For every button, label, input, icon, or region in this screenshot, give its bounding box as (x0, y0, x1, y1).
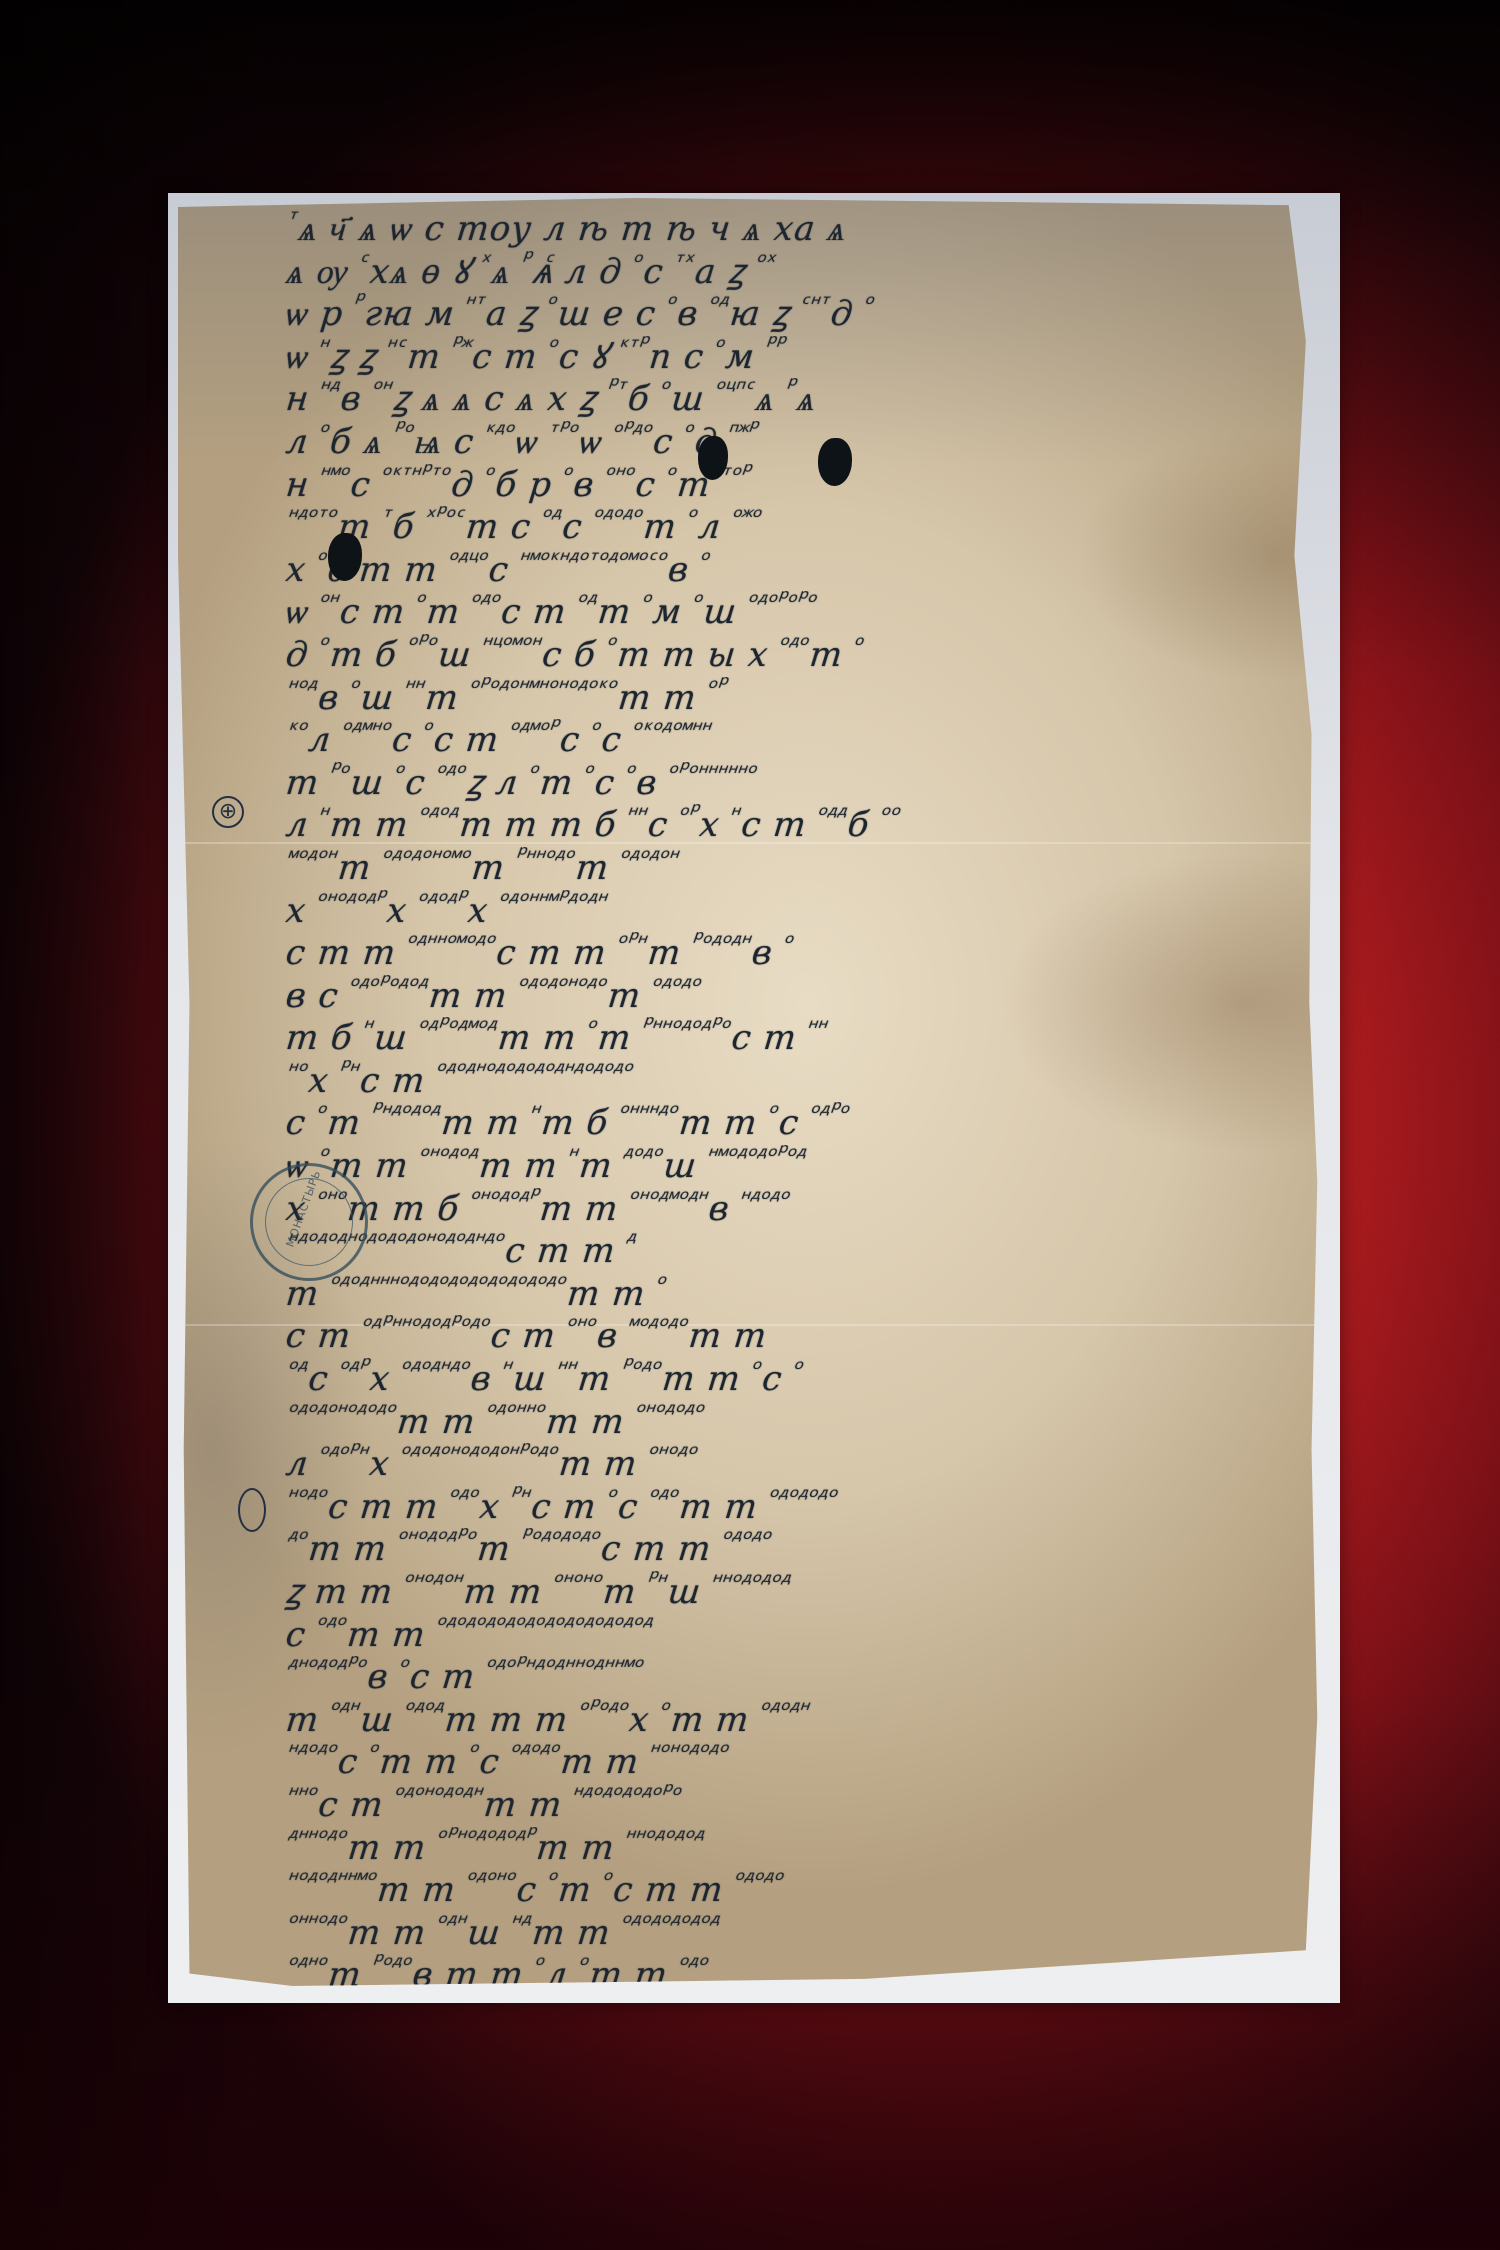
manuscript-line: т ⷪ ⷣ ⷪ ⷣ ⷩ ⷩ ⷩ ⷪ ⷣ ⷪ ⷣ ⷪ ⷣ ⷪ ⷣ ⷪ ⷣ ⷪ ⷣ … (284, 1273, 1303, 1316)
manuscript-page: ⷮ ѧ ч҃ ѧ ѡ с тоу л ѣ т ѣ ч ѧ ха ѧѧ ѹ ⷭ х… (178, 198, 1323, 1986)
manuscript-line: л ⷩ т т ⷪ ⷣ ⷪ ⷣ т т т б ⷩ ⷩ с ⷪ ⷬ х ⷩ с … (284, 804, 1303, 847)
margin-oval-icon (238, 1488, 266, 1532)
manuscript-line: ⷪ ⷣ ⷪ ⷣ ⷪ ⷩ ⷪ ⷣ ⷪ ⷣ ⷪ т т ⷪ ⷣ ⷪ ⷩ ⷩ ⷪ т … (284, 1401, 1303, 1444)
circular-stamp: МОНАСТЫРЬ (250, 1163, 368, 1281)
manuscript-line: ⷩ ⷪ х ⷬ ⷩ с т ⷪ ⷣ ⷪ ⷣ ⷩ ⷪ ⷣ ⷪ ⷣ ⷪ ⷣ ⷪ ⷣ … (284, 1060, 1303, 1103)
manuscript-line: н ⷩ ⷨ ⷪ с ⷪ ⷦ ⷮ ⷩ ⷬ ⷮ ⷪ д ⷪ б р ⷪ в ⷪ ⷩ … (284, 464, 1303, 507)
manuscript-line: д ⷪ т б ⷪ ⷬ ⷪ ш ⷩ ⷰ ⷪ ⷨ ⷪ ⷩ с б ⷪ т т ы … (284, 634, 1303, 677)
manuscript-line: ѡ ⷪ т т ⷪ ⷩ ⷪ ⷣ ⷪ ⷣ т т ⷩ т ⷣ ⷪ ⷣ ⷪ ш ⷩ … (284, 1145, 1303, 1188)
manuscript-line: ⷦ ⷪ л ⷪ ⷣ ⷨ ⷩ ⷪ с ⷪ с т ⷪ ⷣ ⷨ ⷪ ⷬ с ⷪ с … (284, 719, 1303, 762)
manuscript-line: т ⷪ ⷣ ⷩ ш ⷪ ⷣ ⷪ ⷣ т т т ⷪ ⷬ ⷪ ⷣ ⷪ х ⷪ т … (284, 1699, 1303, 1742)
manuscript-line: ѡ ⷩ ꙁ ꙁ ⷩ ⷭ т ⷬ ⷤ с т ⷪ с ꙋ ⷦ ⷮ ⷬ п с ⷪ … (284, 336, 1303, 379)
manuscript-line: ⷮ ѧ ч҃ ѧ ѡ с тоу л ѣ т ѣ ч ѧ ха ѧ (284, 208, 1303, 251)
manuscript-line: х ⷪ ѳ т т ⷪ ⷣ ⷰ ⷪ с ⷩ ⷨ ⷪ ⷦ ⷩ ⷣ ⷪ ⷮ ⷪ ⷣ … (284, 549, 1303, 592)
manuscript-line: ⷩ ⷪ ⷣ в ⷪ ш ⷩ ⷩ т ⷪ ⷬ ⷪ ⷣ ⷪ ⷩ ⷨ ⷩ ⷪ ⷩ ⷪ … (284, 677, 1303, 720)
manuscript-line: ꙁ т т ⷪ ⷩ ⷪ ⷣ ⷪ ⷩ т т ⷪ ⷩ ⷪ ⷩ ⷪ т ⷬ ⷩ ш … (284, 1571, 1303, 1614)
manuscript-line: с ⷪ ⷣ ⷪ т т ⷪ ⷣ ⷪ ⷣ ⷪ ⷣ ⷪ ⷣ ⷪ ⷣ ⷪ ⷣ ⷪ ⷣ … (284, 1614, 1303, 1657)
manuscript-line: ⷩ ⷣ ⷪ ⷣ ⷪ с ⷪ т т ⷪ с ⷪ ⷣ ⷪ ⷣ ⷪ т т ⷩ ⷪ … (284, 1741, 1303, 1784)
manuscript-line: т ⷬ ⷪ ш ⷪ с ⷪ ⷣ ⷪ ꙁ л ⷪ т ⷪ с ⷪ в ⷪ ⷬ ⷪ … (284, 762, 1303, 805)
manuscript-text: ⷮ ѧ ч҃ ѧ ѡ с тоу л ѣ т ѣ ч ѧ ха ѧѧ ѹ ⷭ х… (286, 208, 1301, 1997)
manuscript-line: ѡ р ⷬ гꙗ м ⷩ ⷮ а ꙁ ⷪ ш е с ⷪ в ⷪ ⷣ ꙗ ꙁ ⷭ… (284, 293, 1303, 336)
manuscript-line: х ⷪ ⷩ ⷪ ⷣ ⷪ ⷣ ⷬ х ⷪ ⷣ ⷪ ⷣ ⷬ х ⷪ ⷣ ⷪ ⷩ ⷩ … (284, 890, 1303, 933)
manuscript-line: с ⷪ т ⷬ ⷩ ⷣ ⷪ ⷣ ⷪ ⷣ т т ⷩ т б ⷪ ⷩ ⷩ ⷩ ⷣ … (284, 1102, 1303, 1145)
manuscript-line: ѧ ѹ ⷭ хѧ ѳ ꙋ ⷯ ѧ ⷬ ѧⷭ л д ⷪ с ⷮ ⷯ а ꙁ ⷪ … (284, 251, 1303, 294)
manuscript-line: ⷣ ⷩ ⷩ ⷪ ⷣ ⷪ т т ⷪ ⷬ ⷩ ⷪ ⷣ ⷪ ⷣ ⷪ ⷣ ⷬ т т … (284, 1827, 1303, 1870)
manuscript-line: с т ⷪ ⷣ ⷬ ⷩ ⷩ ⷪ ⷣ ⷪ ⷣ ⷬ ⷪ ⷣ ⷪ с т ⷪ ⷩ ⷪ … (284, 1315, 1303, 1358)
manuscript-line: л ⷪ ⷣ ⷪ ⷬ ⷩ х ⷪ ⷣ ⷪ ⷣ ⷪ ⷩ ⷪ ⷣ ⷪ ⷣ ⷪ ⷩ ⷬ … (284, 1443, 1303, 1486)
manuscript-line: ⷨ ⷪ ⷣ ⷪ ⷩ т ⷪ ⷣ ⷪ ⷣ ⷪ ⷩ ⷪ ⷨ ⷪ т ⷬ ⷩ ⷩ ⷪ … (284, 847, 1303, 890)
manuscript-line: л ⷪ б ѧ ⷬ ⷪ ѩ с ⷦ ⷣ ⷪ ѡ ⷮ ⷬ ⷪ ѡ ⷪ ⷬ ⷣ ⷪ … (284, 421, 1303, 464)
manuscript-line: ⷪ ⷣ с ⷪ ⷣ ⷬ х ⷪ ⷣ ⷪ ⷣ ⷩ ⷣ ⷪ в ⷩ ш ⷩ ⷩ т … (284, 1358, 1303, 1401)
stamp-text: МОНАСТЫРЬ (284, 1168, 324, 1249)
manuscript-line: ⷣ ⷪ т т ⷪ ⷩ ⷪ ⷣ ⷪ ⷣ ⷬ ⷪ т ⷬ ⷪ ⷣ ⷪ ⷣ ⷪ ⷣ … (284, 1528, 1303, 1571)
manuscript-line: ⷪ ⷩ ⷩ ⷪ ⷣ ⷪ т т ⷪ ⷣ ⷩ ш ⷩ ⷣ т т ⷪ ⷣ ⷪ ⷣ … (284, 1912, 1303, 1955)
manuscript-line: ⷩ ⷪ ⷣ ⷪ ⷣ ⷩ ⷩ ⷨ ⷪ т т ⷪ ⷣ ⷪ ⷩ ⷪ с ⷪ т ⷪ … (284, 1869, 1303, 1912)
manuscript-line: в с ⷪ ⷣ ⷪ ⷬ ⷪ ⷣ ⷪ ⷣ т т ⷪ ⷣ ⷪ ⷣ ⷪ ⷩ ⷪ ⷣ … (284, 975, 1303, 1018)
manuscript-line: ѡ ⷪ ⷩ с т ⷪ т ⷪ ⷣ ⷪ с т ⷪ ⷣ т ⷪ м ⷪ ш ⷪ … (284, 591, 1303, 634)
manuscript-line: с т т ⷪ ⷣ ⷩ ⷩ ⷪ ⷨ ⷪ ⷣ ⷪ с т т ⷪ ⷬ ⷩ т ⷬ … (284, 932, 1303, 975)
manuscript-line: х ⷪ ⷩ ⷪ т т б ⷪ ⷩ ⷪ ⷣ ⷪ ⷣ ⷬ т т ⷪ ⷩ ⷪ ⷣ … (284, 1188, 1303, 1231)
manuscript-line: ⷣ ⷩ ⷪ ⷣ ⷪ ⷣ ⷬ ⷪ в ⷪ с т ⷪ ⷣ ⷪ ⷬ ⷩ ⷣ ⷪ ⷣ … (284, 1656, 1303, 1699)
manuscript-line: ⷩ ⷣ ⷪ ⷮ ⷪ т ⷮ б ⷯ ⷬ ⷪ ⷭ т с ⷪ ⷣ с ⷪ ⷣ ⷪ … (284, 506, 1303, 549)
manuscript-line: ⷩ ⷩ ⷪ с т ⷪ ⷣ ⷪ ⷩ ⷪ ⷣ ⷪ ⷣ ⷩ т т ⷩ ⷣ ⷪ ⷣ … (284, 1784, 1303, 1827)
margin-cross-circle-icon: ⊕ (212, 796, 244, 828)
manuscript-line: н ⷩ ⷣ в ⷪ ⷩ ꙁ ѧ ѧ с ѧ х ꙁ ⷬ ⷮ б ⷪ ш ⷪ ⷰ … (284, 378, 1303, 421)
manuscript-line: ⷩ ⷪ ⷣ ⷪ с т т ⷪ ⷣ ⷪ х ⷬ ⷩ с т ⷪ с ⷪ ⷣ ⷪ … (284, 1486, 1303, 1529)
manuscript-line: ⷩ ⷣ ⷪ ⷣ ⷪ ⷣ ⷩ ⷪ ⷣ ⷪ ⷣ ⷪ ⷣ ⷪ ⷩ ⷪ ⷣ ⷪ ⷣ ⷩ … (284, 1230, 1303, 1273)
manuscript-line: т б ⷩ ш ⷪ ⷣ ⷬ ⷪ ⷣ ⷨ ⷪ ⷣ т т ⷪ т ⷬ ⷩ ⷩ ⷪ … (284, 1017, 1303, 1060)
